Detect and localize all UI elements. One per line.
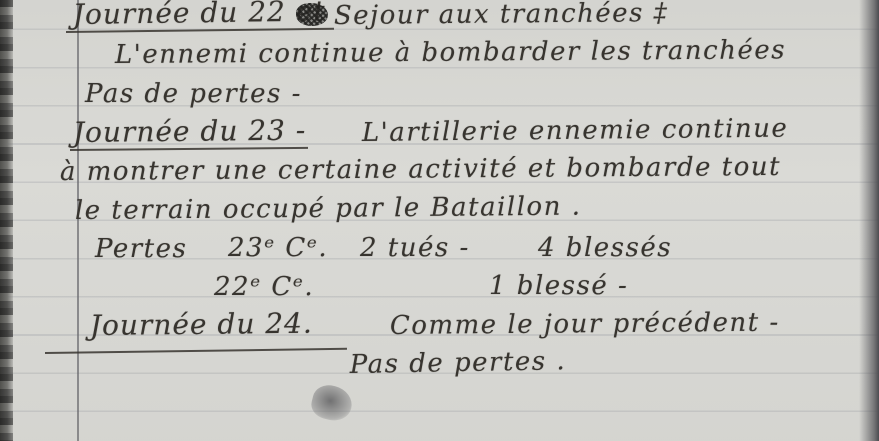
journal-page: Journée du 22 et Sejour aux tranchées ‡ … xyxy=(0,0,879,441)
company-22-label: 22ᵉ Cᵉ. xyxy=(214,274,314,300)
entry-22-body-line: L'ennemi continue à bombarder les tranch… xyxy=(115,37,786,68)
company-23-label: 23ᵉ Cᵉ. xyxy=(228,235,328,261)
entry-24-body: Comme le jour précédent - xyxy=(390,310,780,339)
ink-stain xyxy=(308,382,355,425)
scribbled-out-word xyxy=(296,3,328,26)
entry-23-body-line-2: le terrain occupé par le Bataillon . xyxy=(75,194,582,224)
entry-heading-24: Journée du 24. xyxy=(90,310,313,340)
heading-underline-24 xyxy=(45,348,347,354)
entry-23-intro: L'artillerie ennemie continue xyxy=(362,116,789,146)
entry-24-losses-line: Pas de pertes . xyxy=(350,348,567,378)
entry-heading-23: Journée du 23 - xyxy=(73,117,307,147)
page-right-edge xyxy=(859,0,879,441)
entry-23-body-line-1: à montrer une certaine activité et bomba… xyxy=(60,154,781,185)
entry-heading-22: Journée du 22 et xyxy=(73,0,326,29)
company-23-killed: 2 tués - xyxy=(360,235,470,261)
company-23-wounded: 4 blessés xyxy=(538,235,672,261)
page-binding-edge xyxy=(0,0,13,441)
losses-label: Pertes xyxy=(95,236,187,262)
entry-22-subject: Sejour aux tranchées ‡ xyxy=(334,0,669,29)
entry-22-losses-line: Pas de pertes - xyxy=(85,81,302,107)
company-22-wounded: 1 blessé - xyxy=(489,273,628,299)
